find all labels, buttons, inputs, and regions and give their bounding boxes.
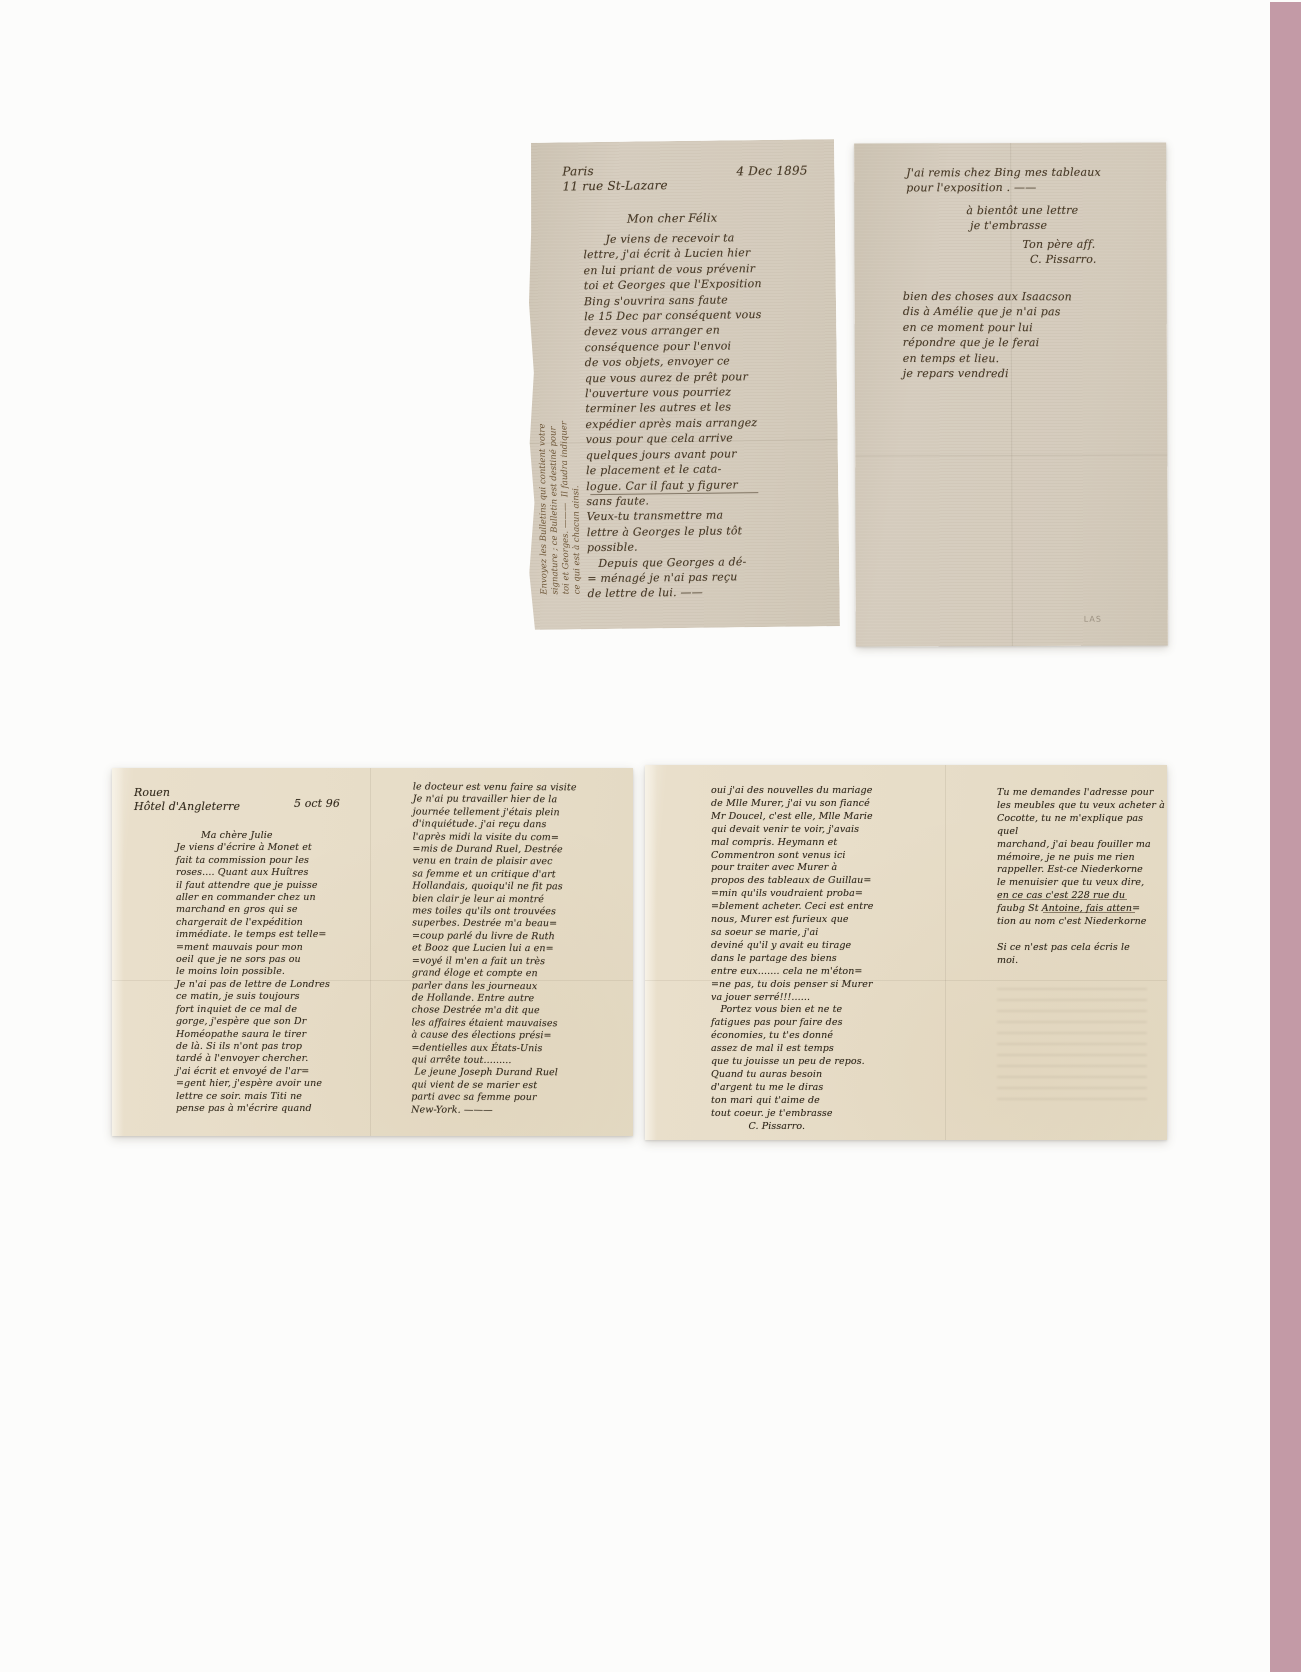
letter-postscript: bien des choses aux Isaacson dis à Améli… [903, 289, 1072, 382]
letter-body: Je viens de recevoir ta lettre, j'ai écr… [583, 229, 837, 602]
letter-head: J'ai remis chez Bing mes tableaux pour l… [906, 165, 1101, 196]
letter-farewell: à bientôt une lettre je t'embrasse [966, 203, 1078, 234]
letter-paris-page1: Paris 11 rue St-Lazare 4 Dec 1895 Mon ch… [524, 139, 840, 630]
letter-column-left: oui j'ai des nouvelles du mariage de Mll… [711, 785, 926, 1133]
photo-of-letters: Paris 11 rue St-Lazare 4 Dec 1895 Mon ch… [0, 0, 1301, 1672]
letter-column-right: le docteur est venu faire sa visite Je n… [411, 781, 618, 1117]
pencil-inventory-note: LAS [1084, 615, 1102, 624]
margin-note: Envoyez les Bulletins qui contient votre… [535, 238, 583, 595]
letter-date: 5 oct 96 [294, 798, 340, 810]
letter-column-left: Ma chère Julie Je viens d'écrire à Monet… [176, 830, 366, 1115]
fold-crease [370, 768, 371, 1136]
letter-salutation: Mon cher Félix [627, 211, 718, 228]
letter-paris-page2: J'ai remis chez Bing mes tableaux pour l… [854, 142, 1168, 646]
underline-mark [1043, 912, 1135, 913]
letter-rouen-bifolium: Rouen Hôtel d'Angleterre 5 oct 96 Ma chè… [112, 768, 633, 1136]
letter-column-right: Tu me demandes l'adresse pour les meuble… [997, 787, 1167, 968]
fold-crease [945, 765, 946, 1140]
accent-bar [1270, 2, 1301, 1672]
ink-show-through [997, 980, 1147, 1100]
letter-place: Paris 11 rue St-Lazare [562, 163, 668, 195]
letter-closing-signature: Ton père aff. C. Pissarro. [1022, 237, 1096, 268]
letter-date: 4 Dec 1895 [736, 163, 807, 179]
letter-murer-bifolium: oui j'ai des nouvelles du mariage de Mll… [645, 765, 1167, 1140]
letter-place: Rouen Hôtel d'Angleterre [134, 786, 240, 814]
underline-mark [997, 899, 1127, 900]
